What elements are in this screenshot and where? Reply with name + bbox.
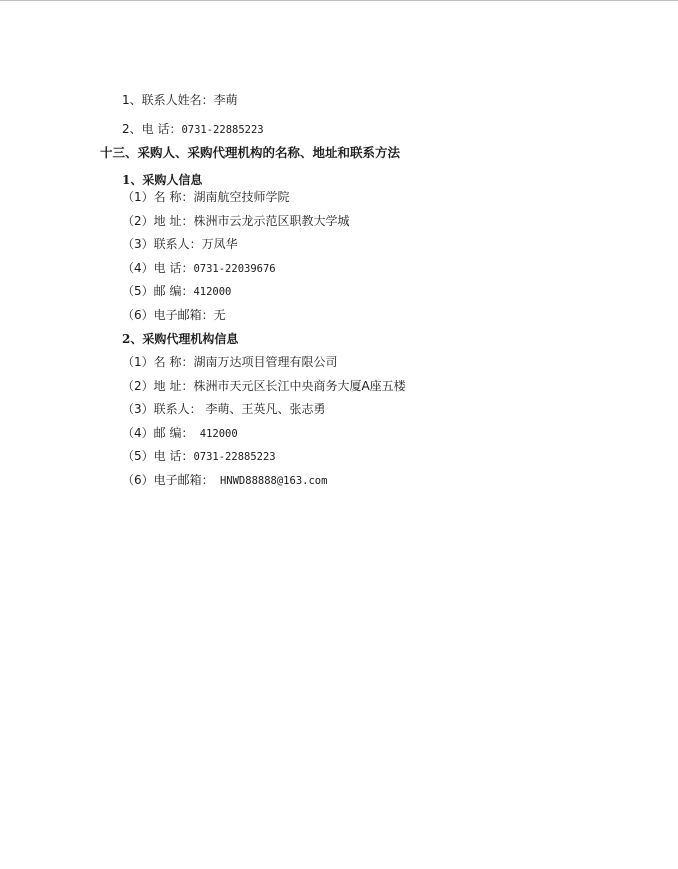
agency-phone-value: 0731-22885223 bbox=[193, 451, 275, 463]
purchaser-phone-line: （4）电 话：0731-22039676 bbox=[122, 261, 276, 276]
purchaser-contact-line: （3）联系人：万凤华 bbox=[122, 237, 238, 251]
agency-postcode-line: （4）邮 编： 412000 bbox=[122, 426, 238, 441]
purchaser-address-label: （2）地 址： bbox=[122, 214, 193, 228]
purchaser-info-title: 1、采购人信息 bbox=[122, 173, 202, 187]
agency-name-label: （1）名 称： bbox=[122, 355, 193, 369]
agency-address-label: （2）地 址： bbox=[122, 379, 193, 393]
agency-contact-value: 李萌、王英凡、张志勇 bbox=[202, 402, 326, 416]
agency-contact-label: （3）联系人： bbox=[122, 402, 202, 416]
agency-phone-label: （5）电 话： bbox=[122, 449, 193, 463]
agency-info-title: 2、采购代理机构信息 bbox=[122, 332, 238, 346]
agency-address-line: （2）地 址：株洲市天元区长江中央商务大厦A座五楼 bbox=[122, 379, 406, 393]
agency-email-line: （6）电子邮箱： HNWD88888@163.com bbox=[122, 473, 327, 488]
agency-postcode-label: （4）邮 编： bbox=[122, 426, 193, 440]
purchaser-name-label: （1）名 称： bbox=[122, 190, 193, 204]
purchaser-email-label: （6）电子邮箱： bbox=[122, 308, 214, 322]
page-top-border bbox=[0, 0, 678, 1]
contact-name-label: 1、联系人姓名： bbox=[122, 93, 214, 107]
purchaser-phone-label: （4）电 话： bbox=[122, 261, 193, 275]
purchaser-phone-value: 0731-22039676 bbox=[193, 263, 275, 275]
purchaser-contact-label: （3）联系人： bbox=[122, 237, 202, 251]
agency-name-value: 湖南万达项目管理有限公司 bbox=[193, 355, 337, 369]
purchaser-name-line: （1）名 称：湖南航空技师学院 bbox=[122, 190, 289, 204]
agency-phone-line: （5）电 话：0731-22885223 bbox=[122, 449, 276, 464]
agency-email-value: HNWD88888@163.com bbox=[214, 475, 328, 487]
agency-contact-line: （3）联系人： 李萌、王英凡、张志勇 bbox=[122, 402, 325, 416]
section-13-title: 十三、采购人、采购代理机构的名称、地址和联系方法 bbox=[100, 146, 400, 160]
contact-name-line: 1、联系人姓名：李萌 bbox=[122, 93, 238, 107]
purchaser-email-value: 无 bbox=[214, 308, 226, 322]
agency-postcode-value: 412000 bbox=[193, 428, 237, 440]
agency-name-line: （1）名 称：湖南万达项目管理有限公司 bbox=[122, 355, 337, 369]
purchaser-contact-value: 万凤华 bbox=[202, 237, 238, 251]
agency-address-value: 株洲市天元区长江中央商务大厦A座五楼 bbox=[193, 379, 405, 393]
contact-phone-label: 2、电 话： bbox=[122, 122, 181, 136]
contact-phone-line: 2、电 话：0731-22885223 bbox=[122, 122, 264, 137]
agency-email-label: （6）电子邮箱： bbox=[122, 473, 214, 487]
purchaser-address-line: （2）地 址：株洲市云龙示范区职教大学城 bbox=[122, 214, 349, 228]
purchaser-postcode-line: （5）邮 编：412000 bbox=[122, 284, 231, 299]
purchaser-postcode-label: （5）邮 编： bbox=[122, 284, 193, 298]
purchaser-postcode-value: 412000 bbox=[193, 286, 231, 298]
contact-phone-value: 0731-22885223 bbox=[181, 124, 263, 136]
contact-name-value: 李萌 bbox=[214, 93, 238, 107]
purchaser-email-line: （6）电子邮箱：无 bbox=[122, 308, 226, 322]
purchaser-address-value: 株洲市云龙示范区职教大学城 bbox=[193, 214, 349, 228]
purchaser-name-value: 湖南航空技师学院 bbox=[193, 190, 289, 204]
